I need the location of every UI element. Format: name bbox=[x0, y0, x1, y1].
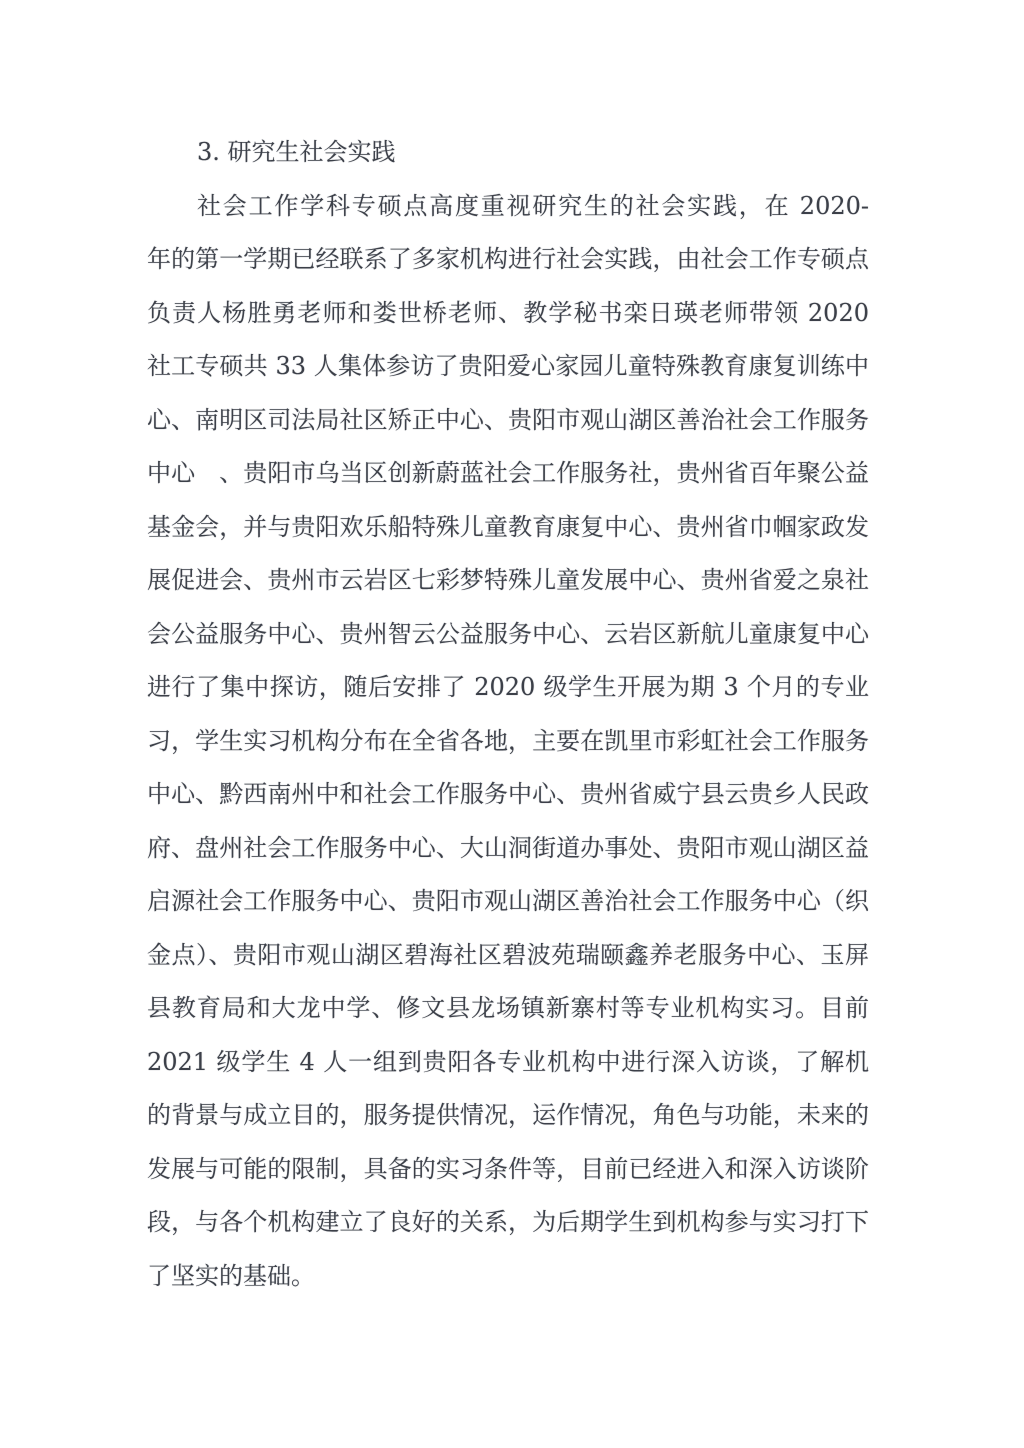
paragraph-line: 年的第一学期已经联系了多家机构进行社会实践，由社会工作专硕点 bbox=[147, 233, 869, 287]
paragraph-line: 了坚实的基础。 bbox=[147, 1250, 869, 1304]
paragraph-line: 县教育局和大龙中学、修文县龙场镇新寨村等专业机构实习。目前 bbox=[147, 982, 869, 1036]
paragraph-line: 府、盘州社会工作服务中心、大山洞街道办事处、贵阳市观山湖区益 bbox=[147, 822, 869, 876]
paragraph-line: 基金会，并与贵阳欢乐船特殊儿童教育康复中心、贵州省巾帼家政发 bbox=[147, 501, 869, 555]
paragraph-line: 负责人杨胜勇老师和娄世桥老师、教学秘书栾日瑛老师带领 2020 级 bbox=[147, 287, 869, 341]
paragraph-line: 习，学生实习机构分布在全省各地，主要在凯里市彩虹社会工作服务 bbox=[147, 715, 869, 769]
document-page: 3. 研究生社会实践 社会工作学科专硕点高度重视研究生的社会实践，在 2020-… bbox=[0, 0, 1024, 1448]
paragraph-line: 启源社会工作服务中心、贵阳市观山湖区善治社会工作服务中心（织 bbox=[147, 875, 869, 929]
section-heading: 3. 研究生社会实践 bbox=[147, 126, 869, 180]
paragraph-line: 2021 级学生 4 人一组到贵阳各专业机构中进行深入访谈，了解机构 bbox=[147, 1036, 869, 1090]
paragraph-line: 展促进会、贵州市云岩区七彩梦特殊儿童发展中心、贵州省爱之泉社 bbox=[147, 554, 869, 608]
paragraph-line: 中心、黔西南州中和社会工作服务中心、贵州省威宁县云贵乡人民政 bbox=[147, 768, 869, 822]
paragraph-line: 社工专硕共 33 人集体参访了贵阳爱心家园儿童特殊教育康复训练中 bbox=[147, 340, 869, 394]
paragraph-line: 中心 、贵阳市乌当区创新蔚蓝社会工作服务社，贵州省百年聚公益 bbox=[147, 447, 869, 501]
paragraph-line: 会公益服务中心、贵州智云公益服务中心、云岩区新航儿童康复中心 bbox=[147, 608, 869, 662]
paragraph-line: 段，与各个机构建立了良好的关系，为后期学生到机构参与实习打下 bbox=[147, 1196, 869, 1250]
paragraph-line: 心、南明区司法局社区矫正中心、贵阳市观山湖区善治社会工作服务 bbox=[147, 394, 869, 448]
body-paragraph: 社会工作学科专硕点高度重视研究生的社会实践，在 2020-2021年的第一学期已… bbox=[147, 180, 869, 1304]
paragraph-line: 社会工作学科专硕点高度重视研究生的社会实践，在 2020-2021 bbox=[147, 180, 869, 234]
document-text-block: 3. 研究生社会实践 社会工作学科专硕点高度重视研究生的社会实践，在 2020-… bbox=[147, 126, 869, 1303]
paragraph-line: 发展与可能的限制，具备的实习条件等，目前已经进入和深入访谈阶 bbox=[147, 1143, 869, 1197]
paragraph-line: 进行了集中探访，随后安排了 2020 级学生开展为期 3 个月的专业实 bbox=[147, 661, 869, 715]
paragraph-line: 金点）、贵阳市观山湖区碧海社区碧波苑瑞颐鑫养老服务中心、玉屏 bbox=[147, 929, 869, 983]
paragraph-line: 的背景与成立目的，服务提供情况，运作情况，角色与功能，未来的 bbox=[147, 1089, 869, 1143]
